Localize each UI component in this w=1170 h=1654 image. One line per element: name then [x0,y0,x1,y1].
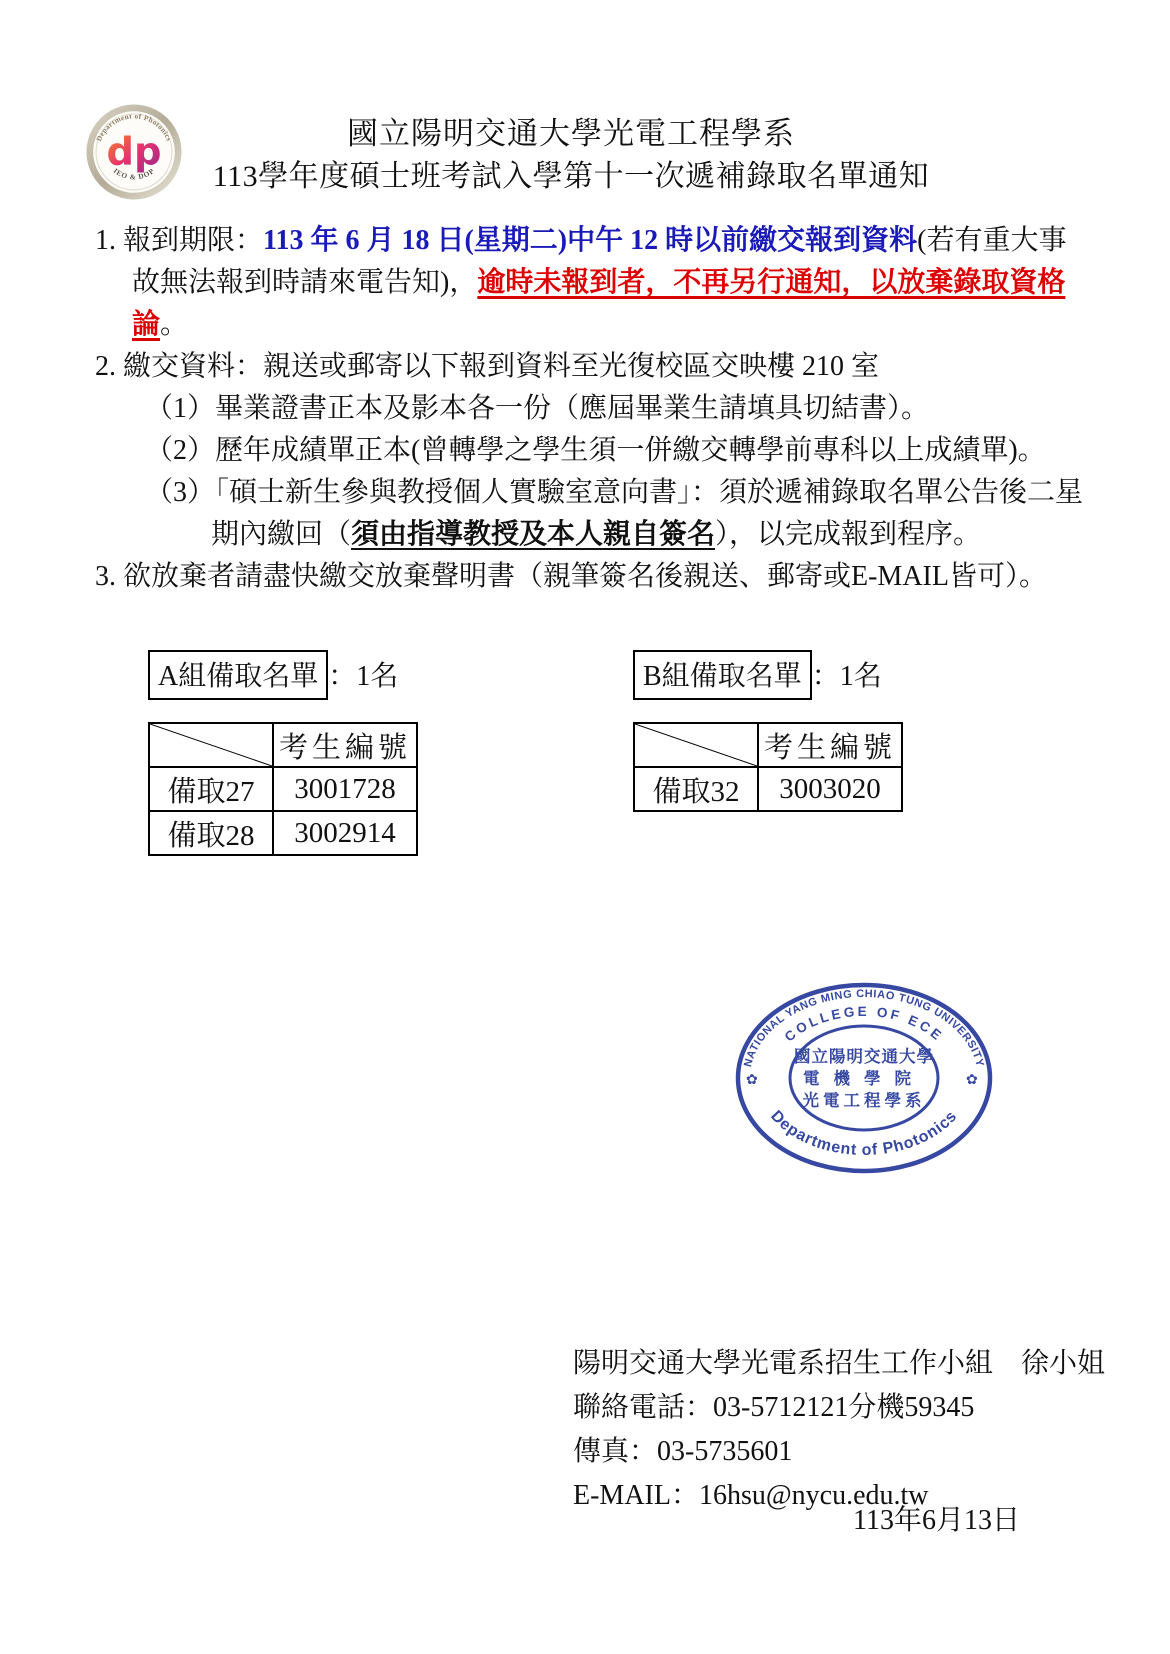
rank-cell: 備取27 [149,767,273,811]
sub3-line1: （3）「碩士新生參與教授個人實驗室意向書」：須於遞補錄取名單公告後二 [145,477,1055,508]
seal-line3: 光電工程學系 [803,1090,926,1110]
svg-text:Department of Photonics: Department of Photonics [767,1108,960,1159]
item1-deadline-highlight: 113 年 6 月 18 日(星期二)中午 12 時以前繳交報到資料 [263,225,917,256]
contact-team: 陽明交通大學光電系招生工作小組 徐小姐 [573,1342,1105,1386]
page-title: 國立陽明交通大學光電工程學系 [0,112,1142,156]
candidate-id-cell: 3003020 [758,767,902,811]
group-a-waitlist-table: 考生編號 備取27 3001728 備取28 3002914 [148,722,418,856]
contact-phone: 聯絡電話：03-5712121分機59345 [573,1386,1105,1430]
group-b-label: B組備取名單：1名 [633,650,882,700]
sub3-seg3: ），以完成報到程序。 [715,519,981,550]
list-item-2-sub-2: （2）歷年成績單正本(曾轉學之學生須一併繳交轉學前專科以上成績單)。 [145,430,1090,472]
list-item-1: 1. 報到期限：113 年 6 月 18 日(星期二)中午 12 時以前繳交報到… [95,220,1090,346]
item3-number: 3. [95,561,116,592]
list-item-2-sub-3: （3）「碩士新生參與教授個人實驗室意向書」：須於遞補錄取名單公告後二星期內繳回（… [145,472,1090,556]
candidate-id-cell: 3002914 [273,811,417,855]
list-item-2: 2. 繳交資料：親送或郵寄以下報到資料至光復校區交映樓 210 室 [95,346,1090,388]
diagonal-header-cell [634,723,758,767]
item3-text: 欲放棄者請盡快繳交放棄聲明書（親筆簽名後親送、郵寄或E-MAIL皆可）。 [123,561,1047,592]
contact-block: 陽明交通大學光電系招生工作小組 徐小姐 聯絡電話：03-5712121分機593… [573,1342,1105,1518]
seal-department-arc-text: Department of Photonics [767,1108,960,1159]
group-b-count: ：1名 [812,661,882,692]
candidate-id-cell: 3001728 [273,767,417,811]
diagonal-header-cell [149,723,273,767]
contact-fax: 傳真：03-5735601 [573,1430,1105,1474]
diagonal-line [150,724,272,766]
column-header-candidate-id: 考生編號 [758,723,902,767]
item1-prefix: 報到期限： [123,225,263,256]
seal-line2: 電機學院 [803,1068,925,1088]
item2-text: 繳交資料：親送或郵寄以下報到資料至光復校區交映樓 210 室 [123,351,879,382]
seal-flower-left-icon: ✿ [746,1073,758,1088]
rank-cell: 備取28 [149,811,273,855]
table-row: 備取27 3001728 [149,767,417,811]
seal-graphic: NATIONAL YANG MING CHIAO TUNG UNIVERSITY… [733,980,995,1176]
group-a-count: ：1名 [328,661,398,692]
item2-number: 2. [95,351,116,382]
contact-email: E-MAIL：16hsu@nycu.edu.tw [573,1474,1105,1518]
document-body: 1. 報到期限：113 年 6 月 18 日(星期二)中午 12 時以前繳交報到… [95,220,1090,598]
group-a-label-box: A組備取名單 [148,650,328,700]
document-date: 113年6月13日 [853,1498,1020,1538]
table-row: 備取28 3002914 [149,811,417,855]
diagonal-line [635,724,757,766]
department-seal: NATIONAL YANG MING CHIAO TUNG UNIVERSITY… [733,980,995,1176]
page-subtitle: 113學年度碩士班考試入學第十一次遞補錄取名單通知 [0,156,1142,198]
list-item-3: 3. 欲放棄者請盡快繳交放棄聲明書（親筆簽名後親送、郵寄或E-MAIL皆可）。 [95,556,1090,598]
rank-cell: 備取32 [634,767,758,811]
item1-number: 1. [95,225,116,256]
list-item-2-sub-1: （1）畢業證書正本及影本各一份（應屆畢業生請填具切結書）。 [145,388,1090,430]
table-header-row: 考生編號 [634,723,902,767]
document-header: 國立陽明交通大學光電工程學系 113學年度碩士班考試入學第十一次遞補錄取名單通知 [0,112,1142,198]
document-page: Department of Photonics IEO & DOP dp 國立陽… [0,0,1170,1654]
table-row: 備取32 3003020 [634,767,902,811]
table-header-row: 考生編號 [149,723,417,767]
group-a-label: A組備取名單：1名 [148,650,398,700]
group-b-label-box: B組備取名單 [633,650,812,700]
group-b-waitlist-table: 考生編號 備取32 3003020 [633,722,903,812]
seal-flower-right-icon: ✿ [966,1073,978,1088]
seal-line1: 國立陽明交通大學 [794,1046,934,1066]
column-header-candidate-id: 考生編號 [273,723,417,767]
item1-period: 。 [160,309,188,340]
sub3-signature-requirement: 須由指導教授及本人親自簽名 [351,519,715,550]
